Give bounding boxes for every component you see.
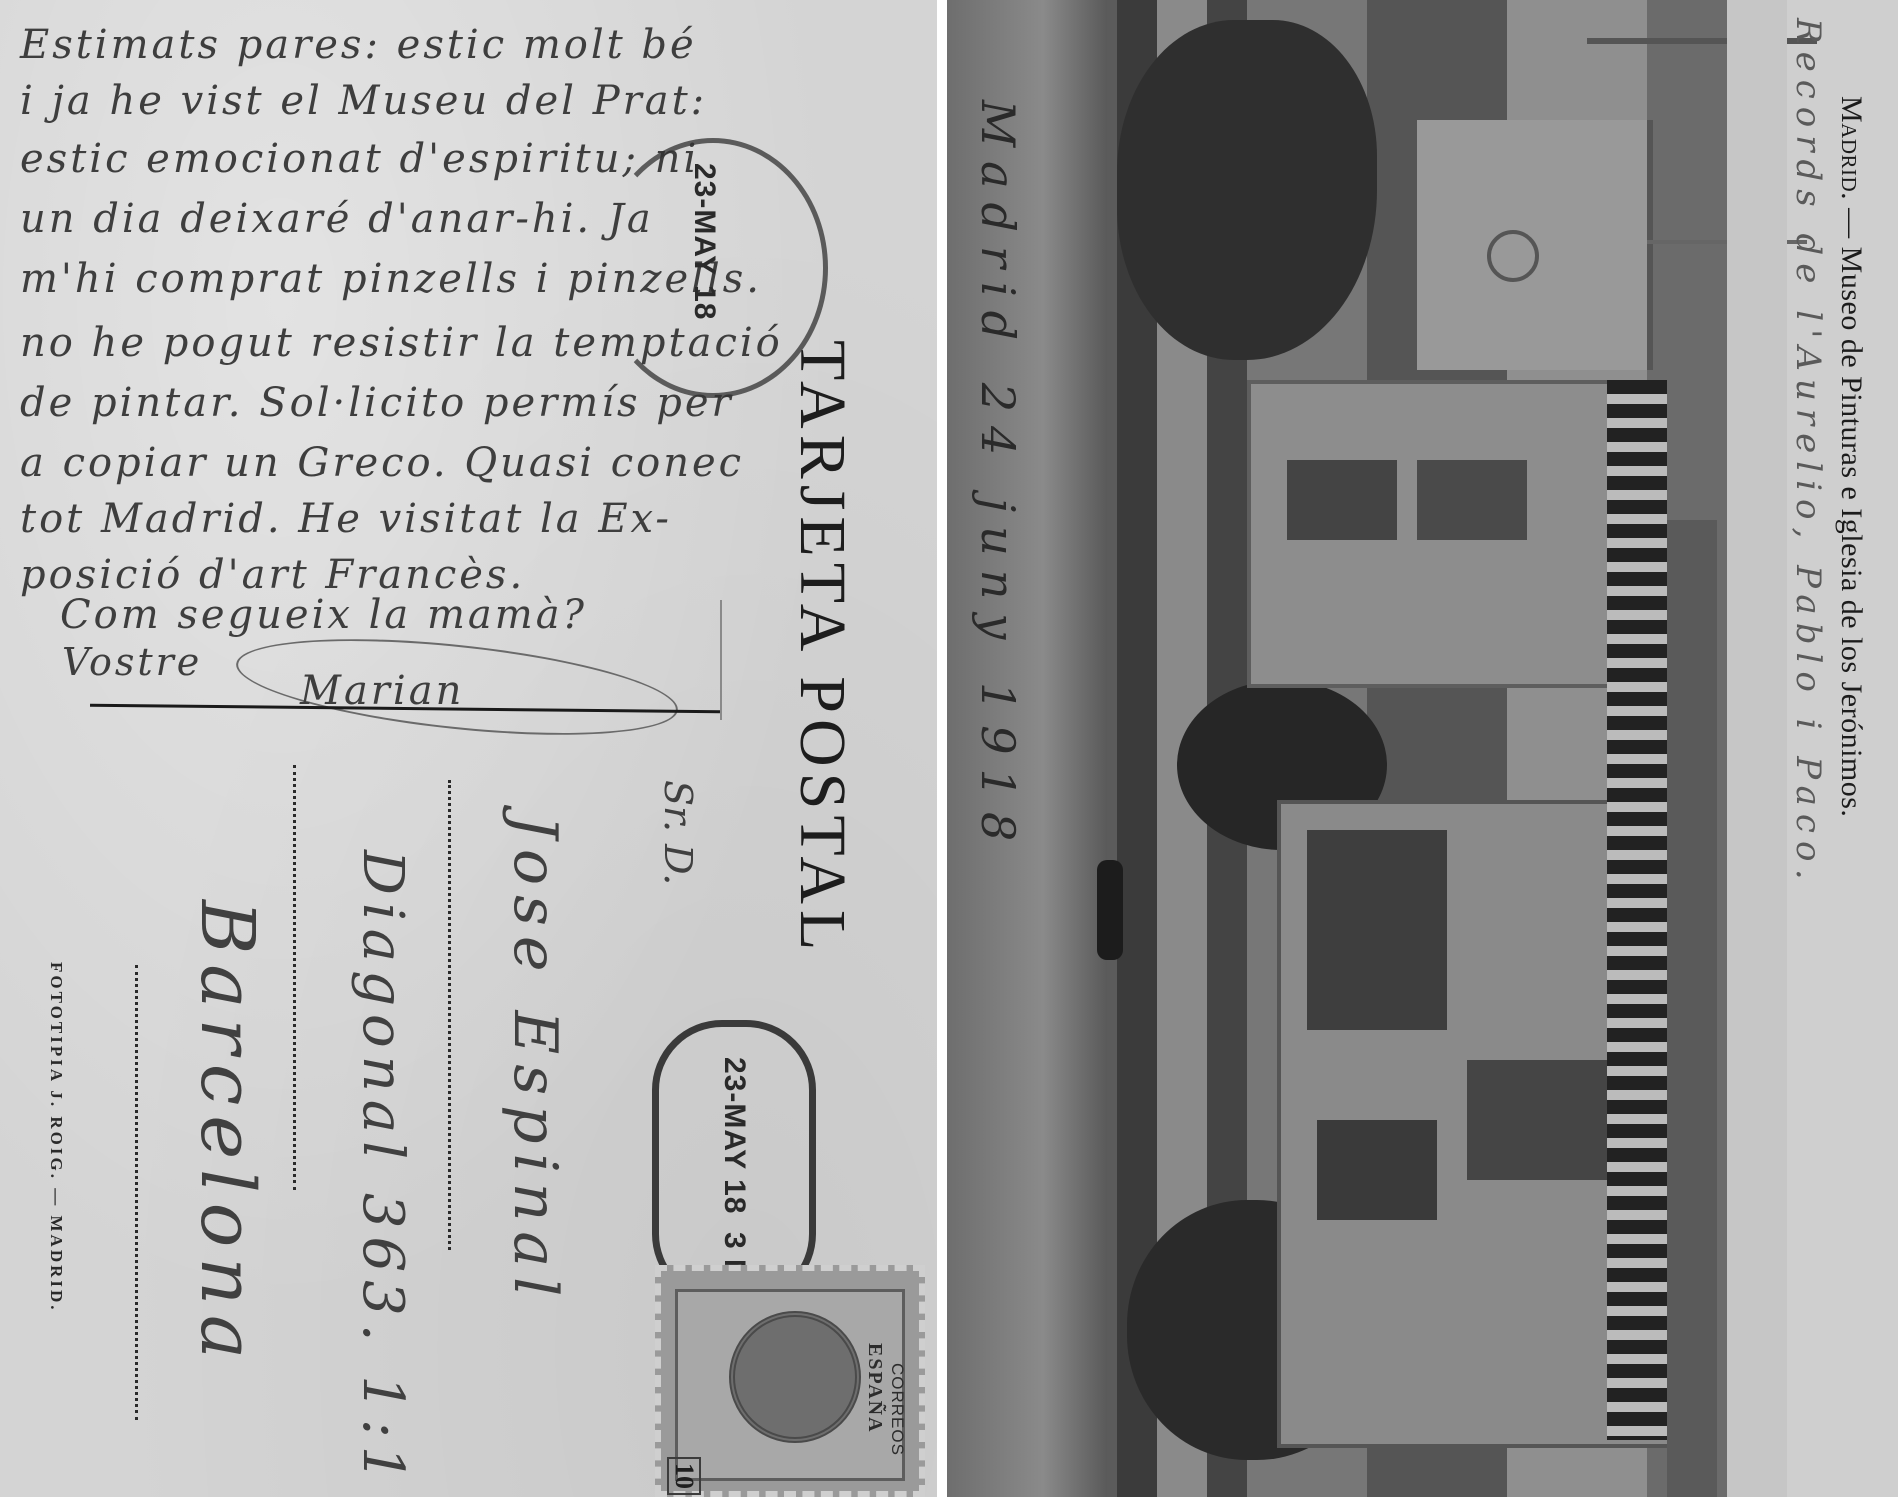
caption-city: Madrid. [1835, 96, 1868, 200]
rose-window [1487, 230, 1539, 282]
tarjeta-postal-heading: TARJETA POSTAL [784, 340, 860, 956]
printer-imprint: FOTOTIPIA J. ROIG. — MADRID. [46, 962, 66, 1313]
tree [1117, 20, 1377, 360]
message-line: un dia deixaré d'anar-hi. Ja [20, 196, 654, 242]
stamp-value: 10 [667, 1457, 701, 1495]
stamp-country: ESPAÑA [863, 1343, 886, 1434]
message-line: Estimats pares: estic molt bé [20, 22, 697, 68]
caption-title: Museo de Pinturas e Iglesia de los Jerón… [1835, 247, 1868, 818]
handwritten-greeting: Records de l'Aurelio, Pablo i Paco. [1788, 18, 1828, 888]
postmark-date: 23-MAY 18 [687, 163, 721, 320]
photo-caption: Madrid. — Museo de Pinturas e Iglesia de… [1834, 96, 1868, 817]
window [1317, 1120, 1437, 1220]
center-divider [720, 600, 722, 720]
postmark-circular: 23-MAY 18 [598, 138, 828, 398]
address-city: Barcelona [184, 900, 270, 1369]
address-line [448, 780, 451, 1250]
message-line: i ja he vist el Museu del Prat: [20, 78, 707, 124]
address-honorific: Sr. D. [656, 780, 700, 885]
message-line: Com segueix la mamà? [60, 592, 587, 638]
window [1417, 460, 1527, 540]
window [1287, 460, 1397, 540]
postmark-date: 23-MAY 18 [717, 1057, 751, 1214]
window [1467, 1060, 1627, 1180]
sky [1727, 0, 1787, 1497]
postcard-back: Estimats pares: estic molt bé i ja he vi… [0, 0, 937, 1497]
portico [1307, 830, 1447, 1030]
balustrade [1607, 380, 1667, 1440]
museum-photograph [947, 0, 1787, 1497]
king-portrait-icon [729, 1311, 861, 1443]
handwritten-date: Madrid 24 juny 1918 [971, 100, 1025, 855]
address-line [293, 765, 296, 1190]
address-name: Jose Espinal [500, 815, 570, 1306]
address-line [135, 965, 138, 1420]
message-line: tot Madrid. He visitat la Ex- [20, 496, 672, 542]
closing: Vostre [62, 640, 202, 684]
postage-stamp: ESPAÑA CORREOS 10 [655, 1265, 925, 1497]
postcard-front [947, 0, 1898, 1497]
message-line: estic emocionat d'espiritu; ni [20, 136, 699, 182]
message-line: de pintar. Sol·licito permís per [20, 380, 734, 426]
caption-dash: — [1835, 200, 1868, 247]
message-line: a copiar un Greco. Quasi conec [20, 440, 744, 486]
stamp-label: CORREOS [887, 1363, 907, 1456]
address-street: Diagonal 363. 1:1 [350, 850, 415, 1490]
roof [1667, 520, 1717, 1497]
postmark-duplex: 23-MAY 18 3 M [652, 1020, 816, 1304]
pedestrian-figure [1097, 860, 1123, 960]
